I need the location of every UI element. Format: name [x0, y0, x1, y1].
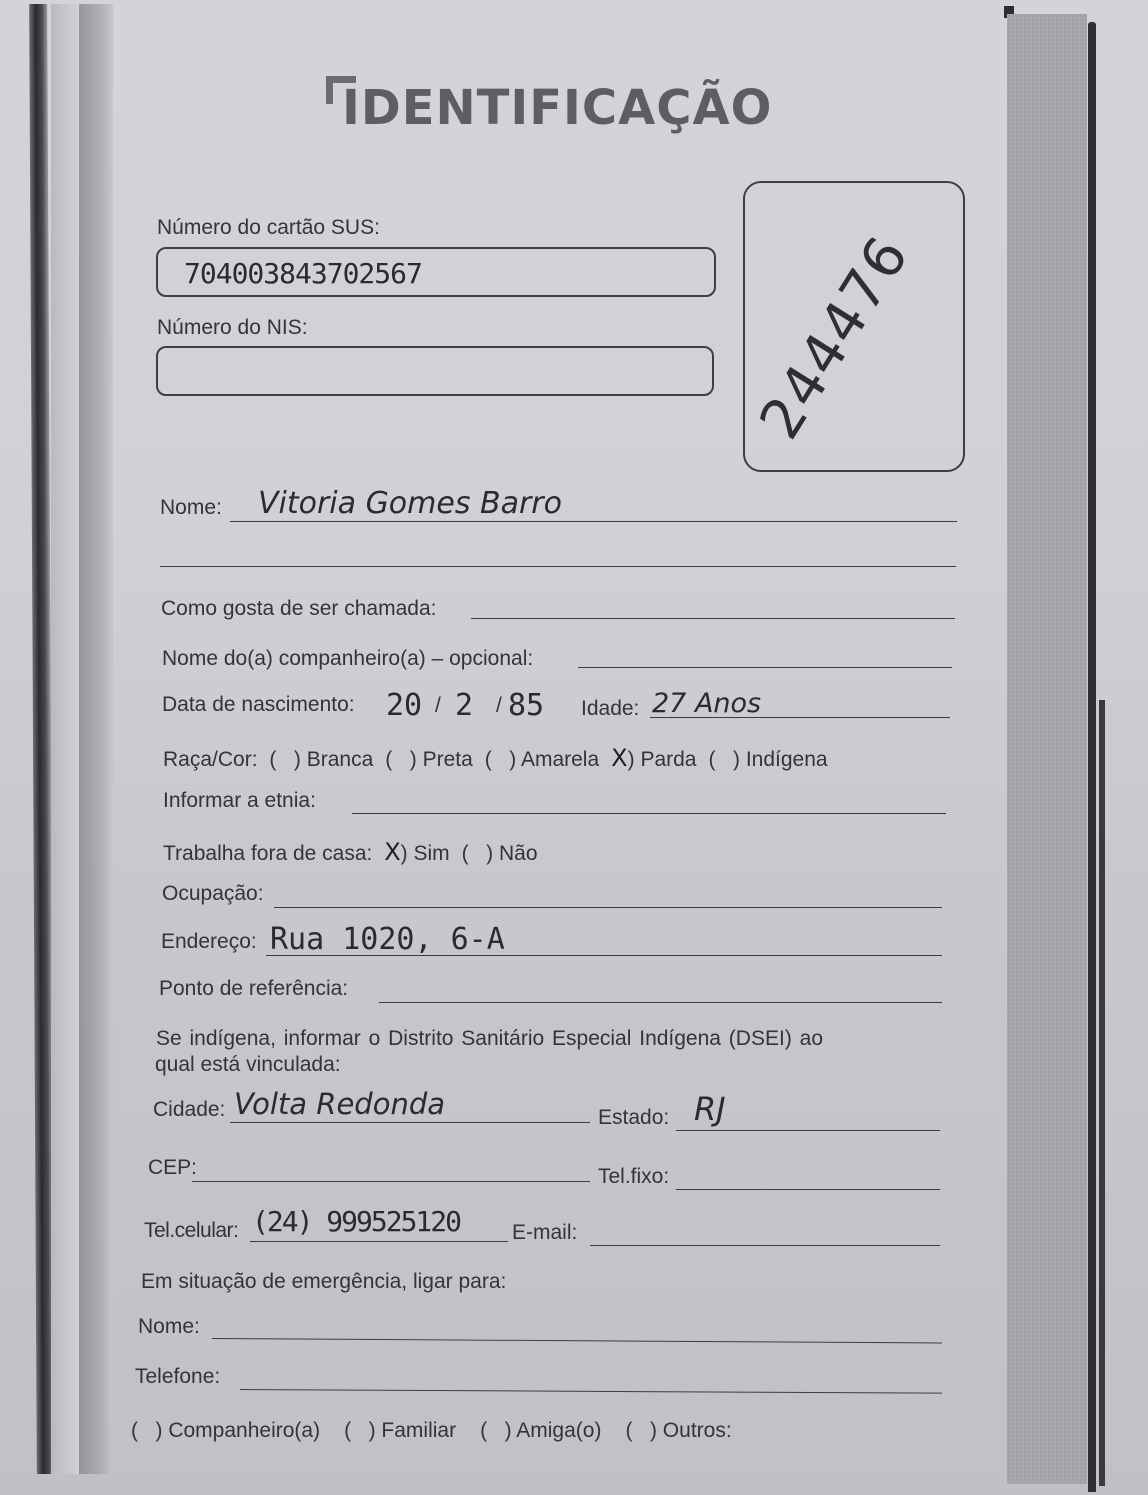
dsei-label-line1: Se indígena, informar o Distrito Sanitár… — [156, 1027, 823, 1051]
checkbox[interactable]: ( ) — [344, 1419, 376, 1442]
ethnicity-label: Informar a etnia: — [163, 789, 316, 813]
binding-edge-grey — [79, 4, 113, 1474]
option-label: Preta — [417, 748, 473, 771]
relation-option-outros[interactable]: ( ) Outros: — [625, 1419, 731, 1443]
works-outside-label: Trabalha fora de casa: — [163, 842, 372, 865]
state-line[interactable] — [676, 1130, 940, 1131]
address-value: Rua 1020, 6-A — [270, 922, 505, 957]
birth-date-sep-2: / — [496, 694, 502, 718]
mobile-value: (24) 999525120 — [252, 1205, 460, 1238]
reference-point-label: Ponto de referência: — [159, 977, 348, 1001]
race-option-indígena[interactable]: ( ) Indígena — [708, 748, 827, 772]
occupation-line[interactable] — [274, 907, 942, 908]
landline-line[interactable] — [676, 1189, 940, 1190]
emergency-relations: ( ) Companheiro(a)( ) Familiar( ) Amiga(… — [131, 1419, 742, 1443]
checkbox[interactable]: ( ) — [131, 1419, 163, 1442]
option-label: Parda — [635, 748, 697, 771]
mobile-label: Tel.celular: — [144, 1219, 238, 1243]
relation-option-amiga-o[interactable]: ( ) Amiga(o) — [480, 1419, 601, 1443]
relation-option-companheiro-a[interactable]: ( ) Companheiro(a) — [131, 1419, 320, 1443]
emergency-name-label: Nome: — [138, 1315, 200, 1339]
city-value: Volta Redonda — [234, 1087, 445, 1121]
email-label: E-mail: — [512, 1221, 577, 1245]
preferred-name-label: Como gosta de ser chamada: — [161, 597, 436, 621]
state-label: Estado: — [598, 1106, 669, 1130]
ethnicity-line[interactable] — [352, 813, 946, 814]
relation-option-familiar[interactable]: ( ) Familiar — [344, 1419, 456, 1443]
checkbox[interactable]: ( ) — [462, 842, 494, 865]
race-option-preta[interactable]: ( ) Preta — [385, 748, 473, 772]
option-label: Não — [493, 842, 537, 865]
preferred-name-line[interactable] — [471, 618, 955, 619]
checkbox[interactable]: ( ) — [485, 748, 517, 771]
check-mark-icon: X — [384, 838, 400, 866]
birth-date-label: Data de nascimento: — [162, 693, 355, 717]
option-label: Companheiro(a) — [163, 1419, 321, 1442]
option-label: Familiar — [376, 1419, 457, 1442]
sus-card-label: Número do cartão SUS: — [157, 216, 380, 240]
email-line[interactable] — [590, 1245, 940, 1246]
state-value: RJ — [694, 1090, 726, 1128]
checkbox[interactable]: ( ) — [269, 748, 301, 771]
option-label: Outros: — [657, 1419, 732, 1442]
works-outside-options: X) Sim( ) Não — [378, 842, 547, 865]
works-outside-option-sim[interactable]: X) Sim — [384, 838, 449, 866]
name-line-2[interactable] — [160, 566, 956, 567]
nis-field[interactable] — [156, 346, 714, 396]
cep-label: CEP: — [148, 1156, 197, 1180]
checkbox[interactable]: X) — [611, 748, 634, 771]
birth-year-value: 85 — [508, 688, 544, 723]
name-value: Vitoria Gomes Barro — [258, 486, 562, 521]
race-option-amarela[interactable]: ( ) Amarela — [485, 748, 599, 772]
right-edge-line — [1088, 22, 1096, 1492]
race-option-branca[interactable]: ( ) Branca — [269, 748, 373, 772]
checkbox[interactable]: ( ) — [480, 1419, 512, 1442]
reference-point-line[interactable] — [379, 1002, 942, 1003]
check-mark-icon: X — [611, 744, 627, 772]
age-label: Idade: — [581, 697, 639, 721]
birth-date-sep-1: / — [435, 694, 441, 718]
dsei-label-line2: qual está vinculada: — [155, 1053, 341, 1077]
scanned-form-page: IDENTIFICAÇÃO Número do cartão SUS: 7040… — [0, 0, 1148, 1495]
emergency-phone-label: Telefone: — [135, 1365, 220, 1389]
race-label: Raça/Cor: — [163, 748, 258, 771]
option-label: Branca — [301, 748, 373, 771]
binding-edge-light — [51, 4, 79, 1474]
option-label: Indígena — [740, 748, 828, 771]
race-row: Raça/Cor: ( ) Branca( ) Preta( ) Amarela… — [163, 744, 838, 772]
cep-line[interactable] — [192, 1181, 590, 1182]
race-option-parda[interactable]: X) Parda — [611, 744, 696, 772]
sus-card-field[interactable]: 704003843702567 — [156, 247, 716, 297]
checkbox[interactable]: X) — [384, 842, 407, 865]
sus-card-value: 704003843702567 — [184, 257, 422, 290]
option-label: Sim — [408, 842, 450, 865]
partner-name-label: Nome do(a) companheiro(a) – opcional: — [162, 647, 533, 671]
partner-name-line[interactable] — [578, 667, 952, 668]
checkbox[interactable]: ( ) — [708, 748, 740, 771]
page-title: IDENTIFICAÇÃO — [342, 80, 772, 136]
address-label: Endereço: — [161, 930, 257, 954]
option-label: Amarela — [516, 748, 599, 771]
emergency-name-line[interactable] — [212, 1338, 942, 1343]
emergency-phone-line[interactable] — [240, 1389, 942, 1394]
name-line[interactable] — [230, 521, 957, 522]
birth-month-value: 2 — [455, 688, 473, 723]
mobile-line[interactable] — [250, 1241, 508, 1242]
landline-label: Tel.fixo: — [598, 1165, 669, 1189]
emergency-heading: Em situação de emergência, ligar para: — [141, 1270, 506, 1294]
checkbox[interactable]: ( ) — [625, 1419, 657, 1442]
city-label: Cidade: — [153, 1098, 225, 1122]
right-edge-line-inner — [1099, 700, 1105, 1486]
name-label: Nome: — [160, 496, 222, 520]
right-page-strip — [1007, 14, 1087, 1484]
option-label: Amiga(o) — [512, 1419, 602, 1442]
birth-day-value: 20 — [386, 688, 422, 723]
occupation-label: Ocupação: — [162, 882, 264, 906]
nis-label: Número do NIS: — [157, 316, 308, 340]
city-line[interactable] — [230, 1122, 590, 1123]
works-outside-option-não[interactable]: ( ) Não — [462, 842, 538, 866]
age-value: 27 Anos — [652, 688, 761, 719]
works-outside-row: Trabalha fora de casa: X) Sim( ) Não — [163, 838, 548, 866]
race-options: ( ) Branca( ) Preta( ) AmarelaX) Parda( … — [263, 748, 837, 771]
checkbox[interactable]: ( ) — [385, 748, 417, 771]
